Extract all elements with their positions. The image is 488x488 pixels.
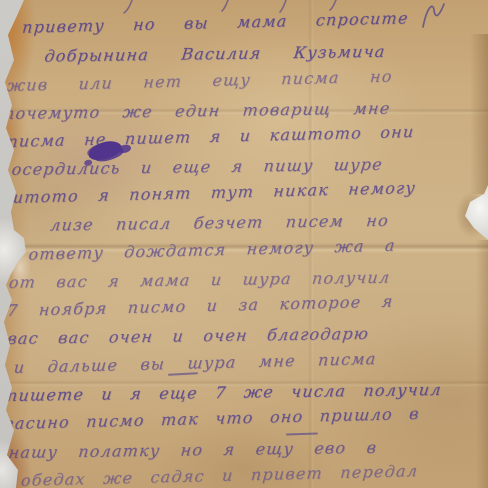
handwritten-line: и дальше вы шура мне писма — [13, 349, 377, 377]
handwritten-line: ответу дождатся немогу жа а — [28, 236, 397, 264]
handwritten-line: добрынина Василия Кузьмича — [43, 42, 386, 66]
letter-paper: привету но вы мама спроситедобрынина Вас… — [0, 0, 488, 488]
handwritten-line: жив или нет ещу писма но — [6, 67, 393, 96]
handwritten-line: пишете и я еще 7 же числа получил — [6, 380, 443, 405]
handwritten-line: обедах же садяс и привет передал — [20, 461, 419, 488]
handwritten-line: нашу полатку но я ещу ево в — [8, 438, 379, 462]
handwritten-line: привету но вы мама спросите — [21, 8, 409, 37]
handwritten-line: почемуто же един товарищ мне — [3, 99, 391, 124]
handwritten-line: штото я понят тут никак немогу — [7, 178, 416, 207]
handwritten-line: писма не пишет я и каштото они — [7, 122, 416, 151]
handwritten-line: вас вас очен и очен благодарю — [6, 324, 370, 348]
handwritten-line: от вас я мама и шура получил — [8, 268, 392, 293]
handwritten-line: осердились и еще я пишу шуре — [11, 155, 384, 179]
handwriting-text-layer: привету но вы мама спроситедобрынина Вас… — [0, 0, 488, 488]
photo-of-letter: привету но вы мама спроситедобрынина Вас… — [0, 0, 488, 488]
handwritten-line: васино писмо так что оно пришло в — [4, 404, 421, 433]
handwritten-line: лизе писал безчет писем но — [49, 211, 390, 235]
handwritten-line: 7 ноября писмо и за которое я — [6, 292, 394, 321]
